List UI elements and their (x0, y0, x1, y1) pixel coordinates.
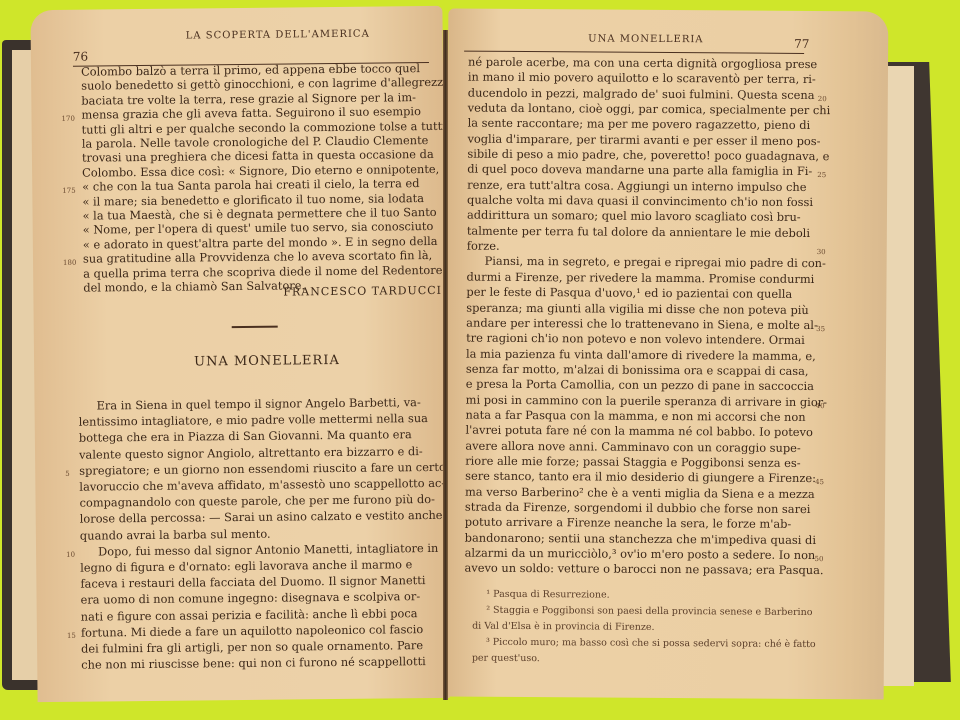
line-number: 175 (62, 187, 75, 195)
line-number: 50 (815, 555, 824, 563)
body-text: né parole acerbe, ma con una certa digni… (464, 55, 808, 579)
footnotes: ¹ Pasqua di Resurrezione.² Staggia e Pog… (472, 587, 813, 669)
excerpt-line-numbers: 170175180 (30, 6, 442, 10)
text-line: avevo un soldo: vetture o barocci non ne… (464, 561, 804, 579)
text-line: l'avrei potuta fare né con la mamma né c… (465, 423, 805, 441)
running-head-right: UNA MONELLERIA (588, 33, 703, 45)
text-line: e presa la Porta Camollia, con un pezzo … (466, 377, 806, 395)
text-line: per le feste di Pasqua d'uovo,¹ ed io pa… (466, 285, 806, 303)
left-page: LA SCOPERTA DELL'AMERICA 76 Colombo balz… (30, 6, 449, 702)
text-line: che non mi riuscisse bene: qui non ci fu… (81, 653, 437, 673)
right-page: UNA MONELLERIA 77 né parole acerbe, ma c… (444, 8, 889, 699)
line-number: 10 (66, 551, 75, 559)
section-divider (232, 326, 278, 328)
line-number: 35 (816, 325, 825, 333)
line-number: 5 (65, 470, 70, 478)
story-line-numbers: 51015 (30, 6, 442, 10)
footnote-line: per quest'uso. (472, 651, 812, 669)
author-signature: FRANCESCO TARDUCCI (283, 284, 442, 299)
text-line: sere stanco, tanto era il mio desiderio … (465, 469, 805, 487)
running-head-left: LA SCOPERTA DELL'AMERICA (186, 29, 370, 42)
header-rule-right (464, 51, 804, 54)
page-number-left: 76 (73, 50, 88, 64)
text-line: talmente per terra fu tal dolore da anni… (467, 223, 807, 241)
line-number: 170 (61, 115, 74, 123)
line-number: 15 (67, 632, 76, 640)
line-number: 30 (817, 248, 826, 256)
section-title: UNA MONELLERIA (194, 353, 340, 370)
line-number: 180 (63, 259, 76, 267)
story-text: Era in Siena in quel tempo il signor Ang… (78, 394, 437, 673)
book-spine-gutter (443, 30, 448, 700)
excerpt-text: Colombo balzò a terra il primo, ed appen… (81, 61, 433, 295)
body-line-numbers: 20253035404550 (448, 8, 888, 11)
line-number: 45 (815, 478, 824, 486)
page-number-right: 77 (794, 37, 809, 51)
line-number: 20 (818, 95, 827, 103)
text-line: tre ragioni ch'io non potevo e non volev… (466, 331, 806, 349)
line-number: 25 (817, 171, 826, 179)
line-number: 40 (816, 402, 825, 410)
